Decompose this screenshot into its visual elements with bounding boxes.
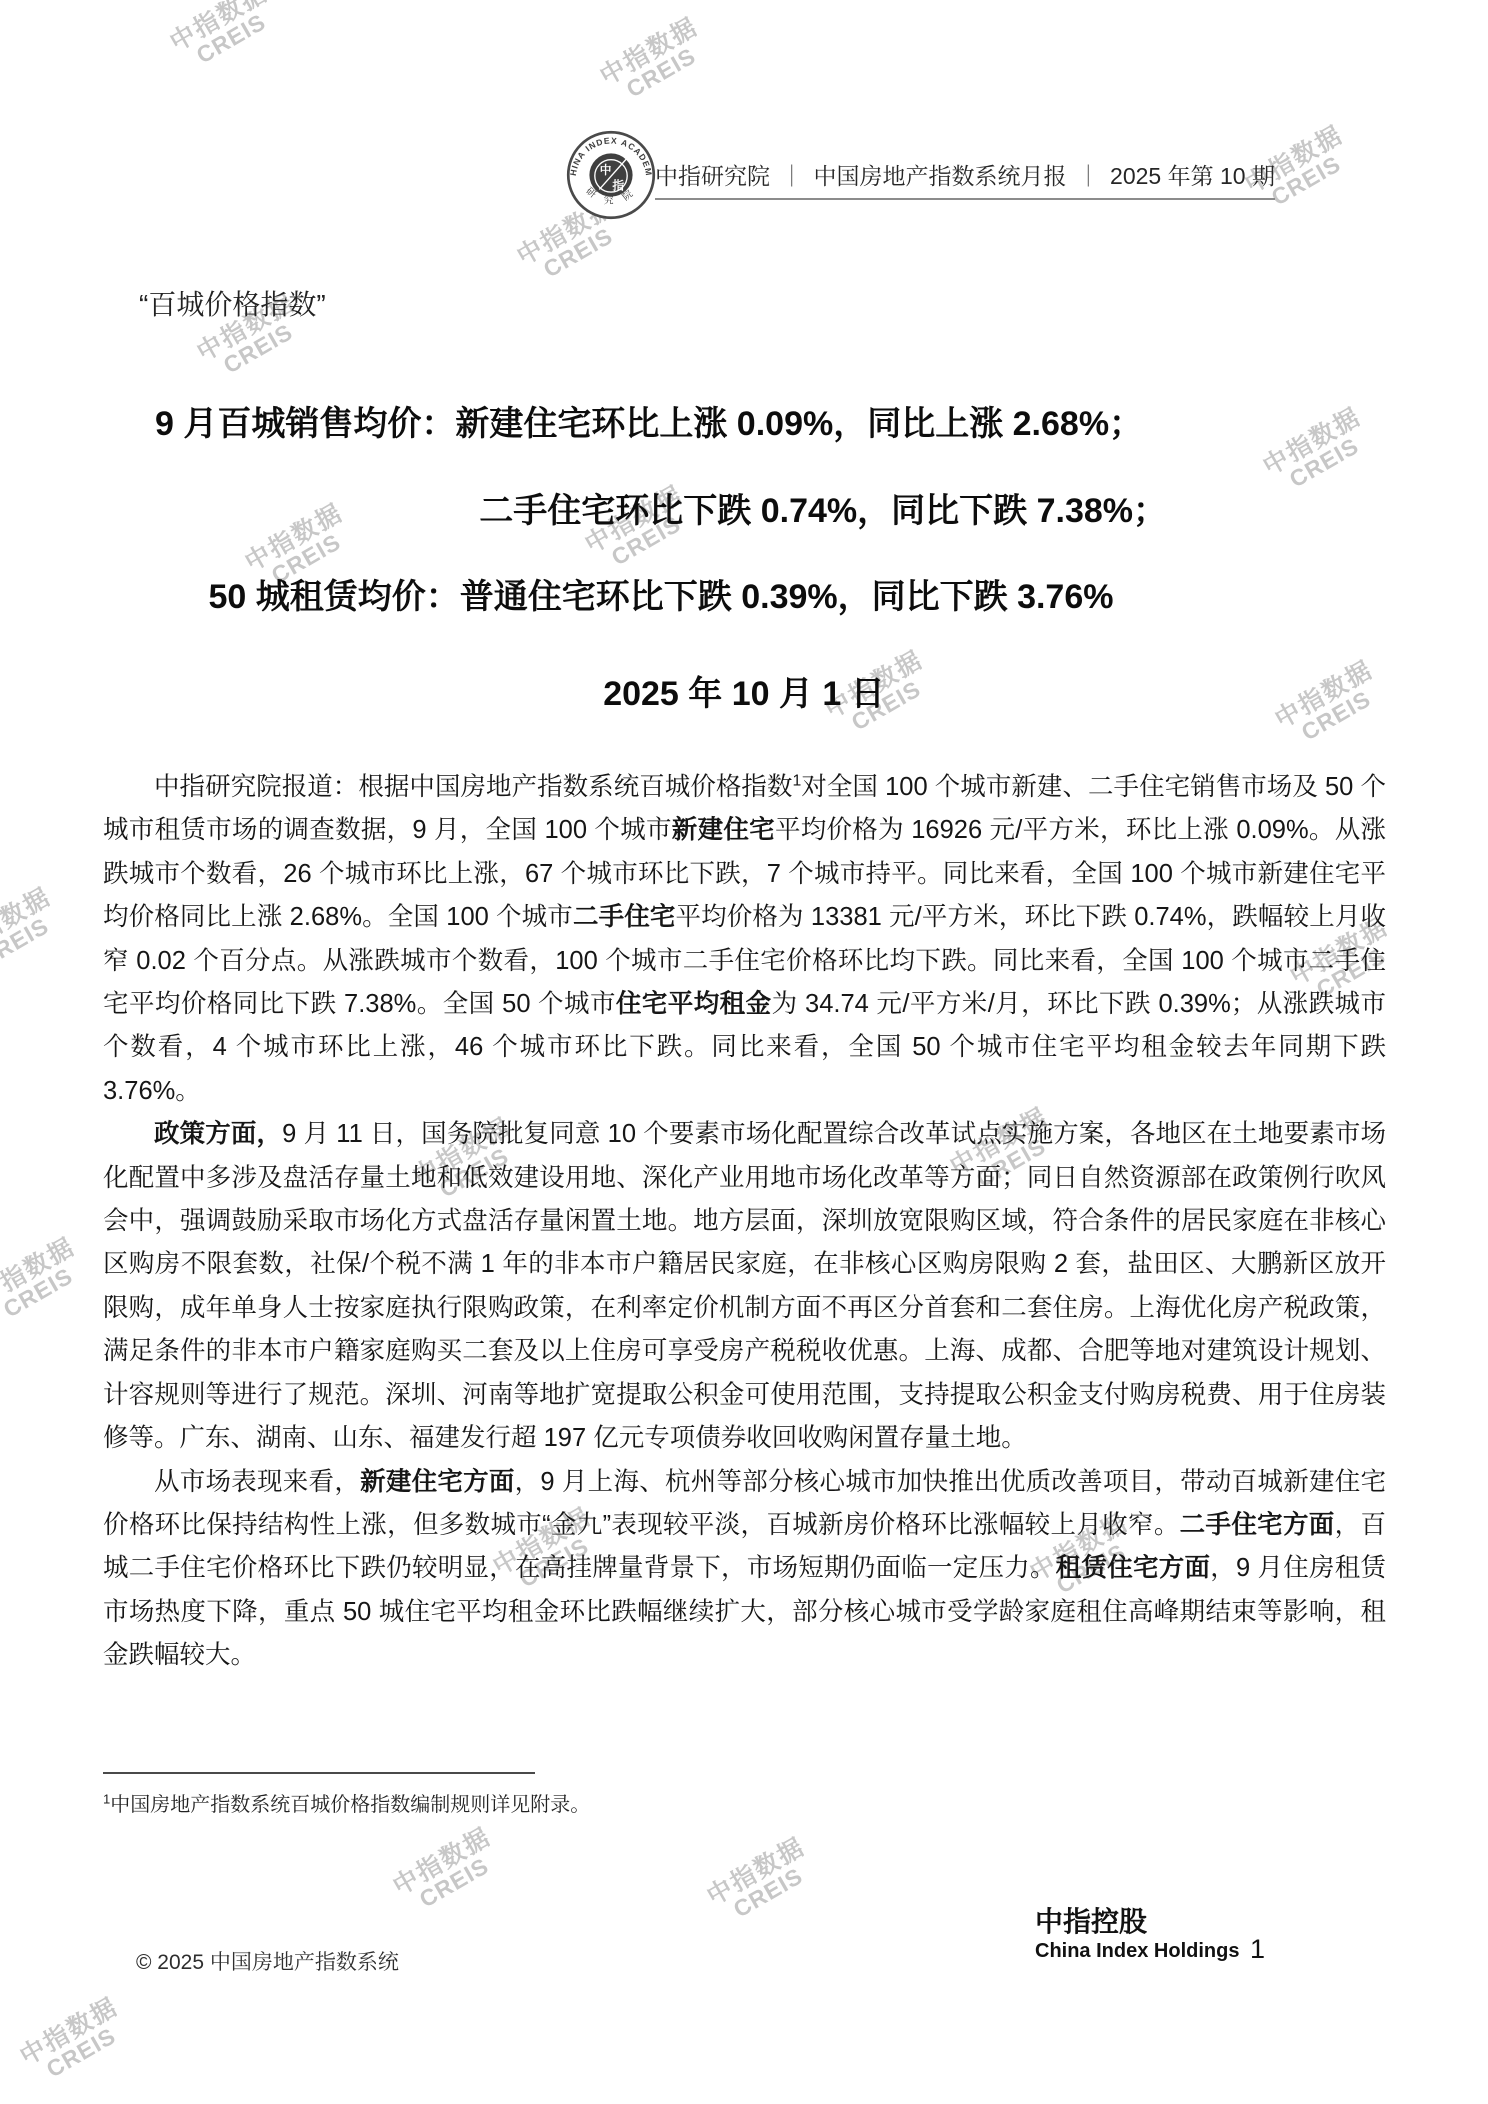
section-label: “百城价格指数” bbox=[139, 283, 326, 323]
emphasis-text: 新建住宅 bbox=[672, 816, 775, 844]
header-divider: ｜ bbox=[775, 160, 809, 191]
article: 中指研究院报道：根据中国房地产指数系统百城价格指数1对全国 100 个城市新建、… bbox=[103, 766, 1386, 1678]
emphasis-text: 二手住宅 bbox=[573, 903, 676, 931]
header-titles: 中指研究院 ｜ 中国房地产指数系统月报 ｜ 2025 年第 10 期 bbox=[655, 158, 1275, 200]
footer-company: 中指控股 China Index Holdings bbox=[1035, 1906, 1239, 1964]
emphasis-text: 新建住宅方面 bbox=[360, 1468, 515, 1496]
header-org: 中指研究院 bbox=[655, 158, 770, 191]
paragraph: 政策方面，9 月 11 日，国务院批复同意 10 个要素市场化配置综合改革试点实… bbox=[103, 1113, 1386, 1460]
company-name-cn: 中指控股 bbox=[1035, 1906, 1239, 1938]
emphasis-text: 租赁住宅方面 bbox=[1056, 1554, 1211, 1582]
paragraph: 中指研究院报道：根据中国房地产指数系统百城价格指数1对全国 100 个城市新建、… bbox=[103, 766, 1386, 1113]
body-text: 中指研究院报道：根据中国房地产指数系统百城价格指数 bbox=[154, 773, 793, 801]
report-date: 2025 年 10 月 1 日 bbox=[0, 664, 1488, 724]
header-divider: ｜ bbox=[1071, 160, 1105, 191]
footnote-text: 中国房地产指数系统百城价格指数编制规则详见附录。 bbox=[110, 1794, 590, 1816]
headline-line-2: 二手住宅环比下跌 0.74%，同比下跌 7.38%； bbox=[155, 468, 1167, 555]
emphasis-text: 住宅平均租金 bbox=[616, 990, 772, 1018]
china-index-academy-logo-icon: CHINA INDEX ACADEMY 研 究 院 中 指 bbox=[566, 130, 656, 220]
footnote-separator bbox=[103, 1772, 535, 1774]
headline: 9 月百城销售均价：新建住宅环比上涨 0.09%，同比上涨 2.68%； 二手住… bbox=[155, 381, 1167, 641]
company-name-en: China Index Holdings bbox=[1035, 1938, 1239, 1964]
body-text: 1 bbox=[793, 773, 802, 790]
emphasis-text: 二手住宅方面 bbox=[1180, 1511, 1335, 1539]
logo-char-zhong: 中 bbox=[600, 163, 612, 177]
body-text: 9 月 11 日，国务院批复同意 10 个要素市场化配置综合改革试点实施方案，各… bbox=[103, 1120, 1386, 1452]
emphasis-text: 政策方面， bbox=[154, 1120, 282, 1148]
headline-line-1: 9 月百城销售均价：新建住宅环比上涨 0.09%，同比上涨 2.68%； bbox=[155, 381, 1167, 468]
body-text: 从市场表现来看， bbox=[154, 1468, 360, 1496]
header-issue: 2025 年第 10 期 bbox=[1110, 158, 1275, 191]
page-number: 1 bbox=[1250, 1934, 1265, 1965]
footer-copyright: © 2025 中国房地产指数系统 bbox=[136, 1946, 399, 1976]
header-publication: 中国房地产指数系统月报 bbox=[814, 158, 1067, 191]
page-content: CHINA INDEX ACADEMY 研 究 院 中 指 中指研究院 ｜ 中国… bbox=[0, 0, 1488, 2104]
logo-char-zhi: 指 bbox=[611, 178, 624, 192]
report-page: { "watermark": { "line1": "中指数据", "line2… bbox=[0, 0, 1488, 2104]
headline-line-3: 50 城租赁均价：普通住宅环比下跌 0.39%，同比下跌 3.76% bbox=[155, 554, 1167, 641]
paragraph: 从市场表现来看，新建住宅方面，9 月上海、杭州等部分核心城市加快推出优质改善项目… bbox=[103, 1461, 1386, 1678]
footnote: 1中国房地产指数系统百城价格指数编制规则详见附录。 bbox=[103, 1788, 590, 1817]
